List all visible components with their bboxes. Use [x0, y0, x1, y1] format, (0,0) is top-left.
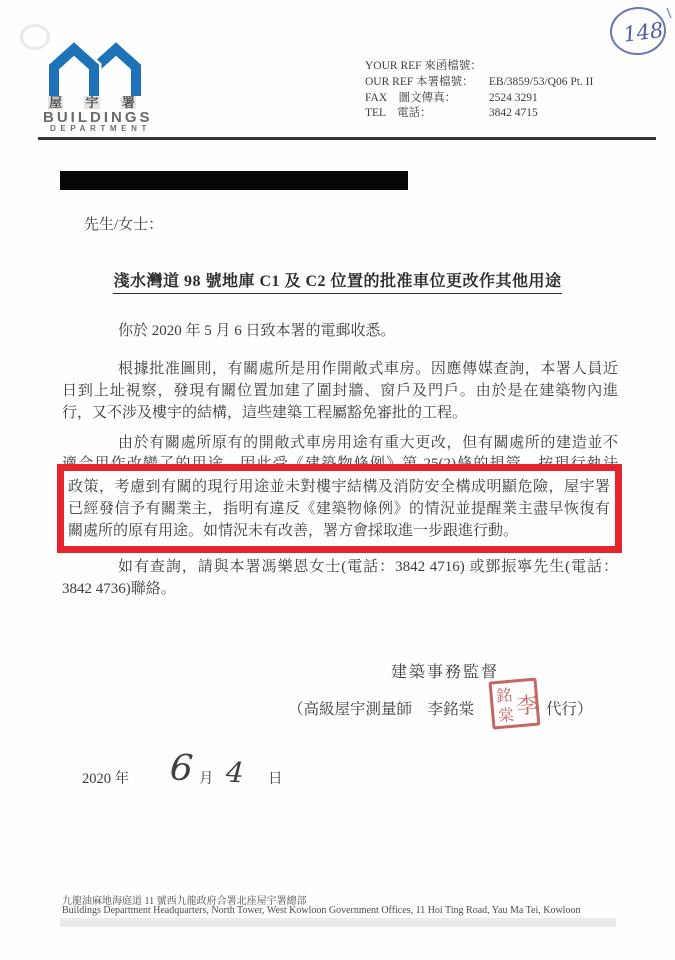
page-number-text: 148 — [622, 18, 665, 47]
closing-left-text: （高級屋宇測量師 李銘棠 — [288, 697, 474, 719]
handwritten-day: 4 — [225, 756, 245, 790]
logo-char-1: 屋 — [48, 96, 63, 109]
date-day-label: 日 — [268, 770, 283, 789]
fax-value: 2524 3291 — [489, 92, 538, 104]
closing-right-text: 代行） — [546, 697, 593, 719]
paragraph-2-line-2: 日到上址視察，發現有關位置加建了圍封牆、窗戶及門戶。由於是在建築物內進 — [62, 382, 618, 401]
fax-label: FAX 圖文傳真： — [365, 89, 486, 105]
buildings-department-logo-icon — [44, 40, 144, 96]
tel-label: TEL 電話： — [365, 104, 486, 120]
date-year-label: 2020 年 — [82, 770, 129, 789]
our-ref-value: EB/3859/53/Q06 Pt. II — [489, 76, 593, 88]
logo-english-line2: DEPARTMENT — [50, 124, 151, 133]
scanned-letter-page: 屋 宇 署 BUILDINGS DEPARTMENT YOUR REF 來函檔號… — [0, 0, 675, 960]
tel-value: 3842 4715 — [489, 107, 538, 119]
header-divider-rule — [38, 137, 656, 140]
redacted-recipient-bar — [60, 171, 408, 190]
paragraph-2-line-1: 根據批准圖則，有關處所是用作開敞式車房。因應傳媒查詢，本署人員近 — [118, 360, 618, 379]
seal-char-right: 李 — [515, 692, 539, 719]
paragraph-1: 你於 2020 年 5 月 6 日致本署的電郵收悉。 — [118, 322, 396, 341]
date-month-label: 月 — [199, 770, 214, 789]
red-highlight-box — [57, 464, 622, 553]
logo-char-2: 宇 — [84, 96, 99, 109]
our-ref-label: OUR REF 本署檔號： — [365, 73, 486, 89]
fax-row: FAX 圖文傳真： 2524 3291 — [365, 89, 538, 105]
seal-char-top-left: 銘 — [495, 686, 513, 705]
our-ref-row: OUR REF 本署檔號： EB/3859/53/Q06 Pt. II — [365, 73, 593, 89]
salutation: 先生/女士： — [84, 216, 163, 235]
tel-row: TEL 電話： 3842 4715 — [365, 104, 538, 120]
footer-scan-band-artifact — [60, 918, 616, 927]
subject-title: 淺水灣道 98 號地庫 C1 及 C2 位置的批准車位更改作其他用途 — [113, 268, 561, 294]
logo-char-3: 署 — [121, 96, 136, 109]
logo-chinese-name: 屋 宇 署 — [48, 96, 136, 109]
handwritten-month: 6 — [169, 747, 195, 789]
seal-char-bottom-left: 棠 — [497, 705, 515, 725]
your-ref-label: YOUR REF 來函檔號： — [365, 57, 486, 73]
subject-line-wrap: 淺水灣道 98 號地庫 C1 及 C2 位置的批准車位更改作其他用途 — [0, 268, 675, 294]
handwritten-page-number-circle: 148 — [606, 2, 674, 62]
paragraph-4-line-2: 3842 4736)聯絡。 — [62, 580, 176, 599]
paragraph-2-line-3: 行，又不涉及樓宇的結構，這些建築工程屬豁免審批的工程。 — [62, 404, 467, 423]
pen-tick-mark — [667, 8, 671, 18]
paragraph-4-line-1: 如有查詢，請與本署馮樂恩女士(電話：3842 4716) 或鄧振寧先生(電話： — [118, 558, 618, 577]
footer-address-english: Buildings Department Headquarters, North… — [62, 905, 580, 916]
closing-title: 建築事務監督 — [391, 659, 499, 682]
your-ref-row: YOUR REF 來函檔號： — [365, 57, 489, 73]
red-name-seal-stamp: 銘 棠 李 — [488, 676, 544, 734]
paragraph-3-line-1: 由於有關處所原有的開敞式車房用途有重大更改，但有關處所的建造並不 — [118, 434, 618, 453]
